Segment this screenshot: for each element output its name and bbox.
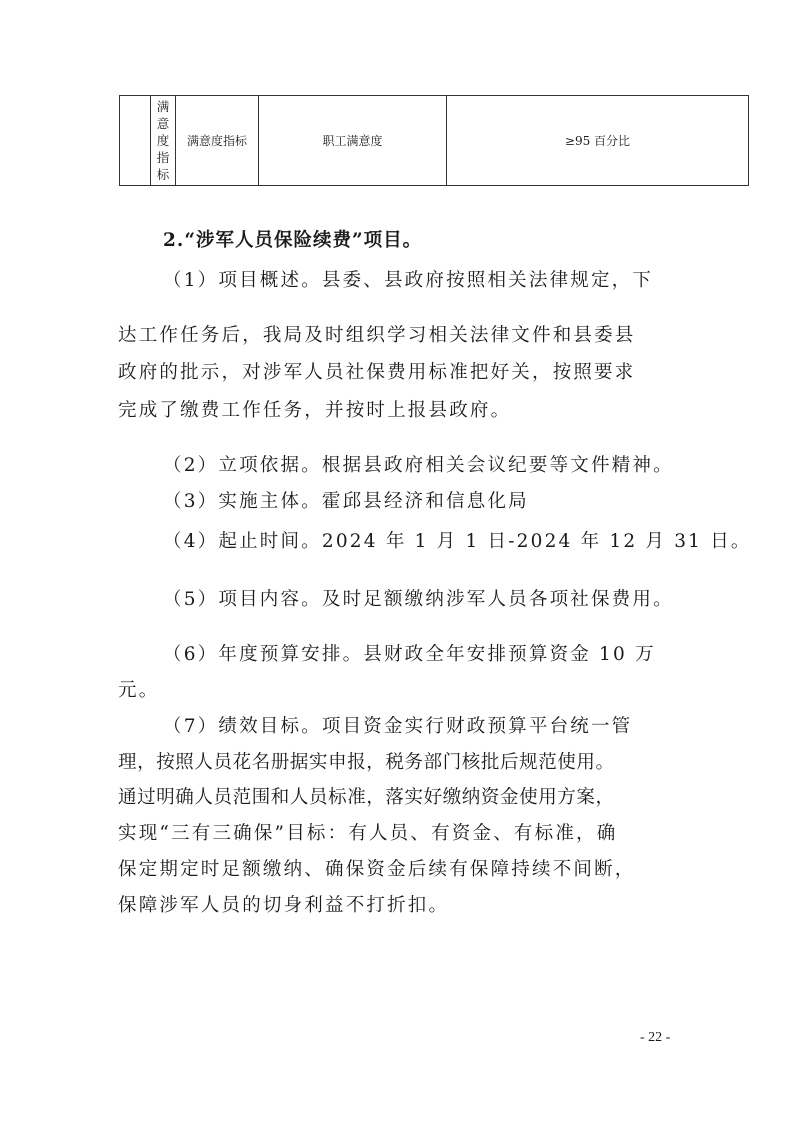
paragraph-line: 保定期定时足额缴纳、确保资金后续有保障持续不间断， [118,855,718,881]
table-cell-subcategory: 满意度指标 [176,96,259,186]
paragraph-line: 达工作任务后，我局及时组织学习相关法律文件和县委县 [118,321,718,347]
paragraph-line: （4）起止时间。2024 年 1 月 1 日-2024 年 12 月 31 日。 [163,527,763,553]
table-row: 满意度指标 满意度指标 职工满意度 ≥95 百分比 [120,96,749,186]
paragraph-line: 完成了缴费工作任务，并按时上报县政府。 [118,396,718,422]
performance-indicator-table: 满意度指标 满意度指标 职工满意度 ≥95 百分比 [119,95,749,186]
paragraph-line: （2）立项依据。根据县政府相关会议纪要等文件精神。 [163,451,763,477]
paragraph-line: （3）实施主体。霍邱县经济和信息化局 [163,487,763,513]
table-cell-indicator: 职工满意度 [259,96,447,186]
section-heading: 2.“涉军人员保险续费”项目。 [163,226,763,252]
paragraph-line: 政府的批示，对涉军人员社保费用标准把好关，按照要求 [118,358,718,384]
category-vertical-label: 满意度指标 [157,98,170,183]
paragraph-line: 元。 [118,676,718,702]
table-cell-empty [120,96,151,186]
paragraph-line: （1）项目概述。县委、县政府按照相关法律规定，下 [163,266,763,292]
page-number: - 22 - [640,1030,670,1046]
paragraph-line: （5）项目内容。及时足额缴纳涉军人员各项社保费用。 [163,585,763,611]
paragraph-line: （6）年度预算安排。县财政全年安排预算资金 10 万 [163,640,763,666]
paragraph-line: 保障涉军人员的切身利益不打折扣。 [118,891,718,917]
paragraph-line: （7）绩效目标。项目资金实行财政预算平台统一管 [163,712,763,738]
table-cell-category: 满意度指标 [151,96,176,186]
paragraph-line: 理，按照人员花名册据实申报，税务部门核批后规范使用。 [118,748,718,774]
table-cell-target: ≥95 百分比 [447,96,749,186]
paragraph-line: 实现“三有三确保”目标：有人员、有资金、有标准，确 [118,819,718,845]
paragraph-line: 通过明确人员范围和人员标准，落实好缴纳资金使用方案， [118,783,718,809]
